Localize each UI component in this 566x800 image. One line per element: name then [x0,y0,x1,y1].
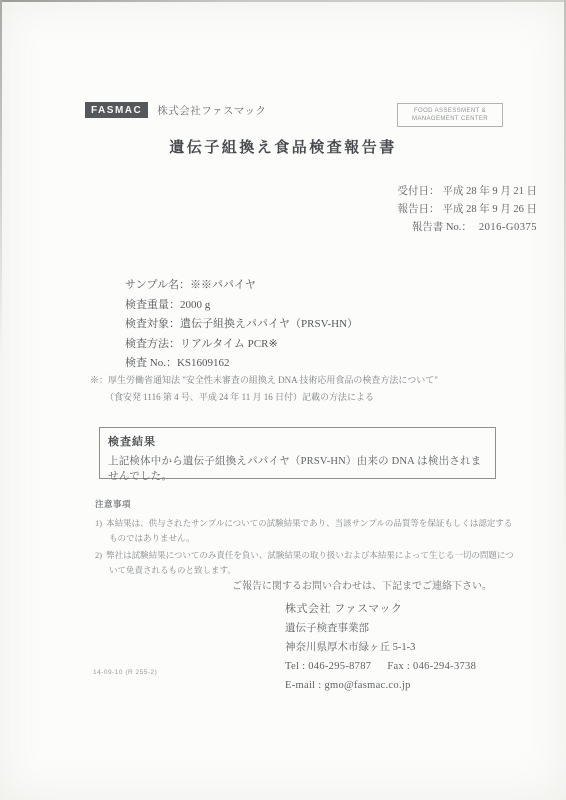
contact-fax: Fax : 046-294-3738 [387,661,476,672]
scan-edge-top [0,0,566,2]
sample-name-row: サンプル名：※※パパイヤ [125,276,358,296]
test-result-heading: 検査結果 [108,433,487,449]
page-title: 遺伝子組換え食品検査報告書 [0,136,566,157]
received-date-value: 平成 28 年 9 月 21 日 [443,186,538,197]
contact-telfax: Tel : 046-295-8787Fax : 046-294-3738 [285,657,476,676]
method-footnote-line-1: ※：厚生労働省通知法 "安全性未審査の組換え DNA 技術応用食品の検査方法につ… [90,372,438,389]
test-target-row: 検査対象：遺伝子組換えパパイヤ（PRSV-HN） [125,315,358,335]
contact-email: E-mail : gmo@fasmac.co.jp [285,676,476,695]
test-method-label: 検査方法： [125,338,180,350]
report-date-value: 平成 28 年 9 月 26 日 [443,204,538,215]
test-target-label: 検査対象： [125,318,180,330]
test-result-box: 検査結果 上記検体中から遺伝子組換えパパイヤ（PRSV-HN）由来の DNA は… [99,427,496,479]
scanned-report-page: FASMAC 株式会社ファスマック FOOD ASSESSMENT & MANA… [0,0,566,800]
stamp-line-2: MANAGEMENT CENTER [402,115,498,123]
report-meta: 受付日：平成 28 年 9 月 21 日 報告日：平成 28 年 9 月 26 … [398,183,538,237]
contact-company: 株式会社 ファスマック [285,600,476,619]
sample-name-value: ※※パパイヤ [190,279,256,291]
scan-edge-left [0,0,2,360]
sample-weight-value: 2000 g [180,299,210,311]
test-method-value: リアルタイム PCR※ [180,338,278,350]
test-number-row: 検査 No.：KS1609162 [125,354,358,374]
contact-tel: Tel : 046-295-8787 [285,661,371,672]
report-number: 報告書 No.：2016-G0375 [398,219,538,237]
note-2-number: 2) [95,550,102,560]
received-date: 受付日：平成 28 年 9 月 21 日 [398,183,538,201]
test-result-body: 上記検体中から遺伝子組換えパパイヤ（PRSV-HN）由来の DNA は検出されま… [108,453,487,483]
sample-info: サンプル名：※※パパイヤ 検査重量：2000 g 検査対象：遺伝子組換えパパイヤ… [125,276,358,374]
notes-heading: 注意事項 [95,497,515,513]
company-name: 株式会社ファスマック [157,103,266,118]
note-1-number: 1) [95,518,102,528]
received-date-label: 受付日： [398,186,440,197]
fasmac-logo: FASMAC [85,102,148,118]
test-number-label: 検査 No.： [125,357,177,369]
test-target-value: 遺伝子組換えパパイヤ（PRSV-HN） [180,318,358,330]
contact-intro: ご報告に関するお問い合わせは、下記までご連絡下さい。 [232,577,492,592]
sample-weight-row: 検査重量：2000 g [125,296,358,316]
note-1-text: 本結果は、供与されたサンプルについての試験結果であり、当該サンプルの品質等を保証… [106,518,512,544]
report-date: 報告日：平成 28 年 9 月 26 日 [398,201,538,219]
method-footnote-line-2: （食安発 1116 第 4 号、平成 24 年 11 月 16 日付）記載の方法… [90,389,438,406]
test-method-row: 検査方法：リアルタイム PCR※ [125,335,358,355]
report-number-label: 報告書 No.： [412,222,472,233]
food-assessment-stamp: FOOD ASSESSMENT & MANAGEMENT CENTER [397,103,503,127]
header: FASMAC 株式会社ファスマック [85,102,266,118]
method-footnote: ※：厚生労働省通知法 "安全性未審査の組換え DNA 技術応用食品の検査方法につ… [90,372,438,406]
notes-section: 注意事項 1)本結果は、供与されたサンプルについての試験結果であり、当該サンプル… [95,497,515,580]
note-item-1: 1)本結果は、供与されたサンプルについての試験結果であり、当該サンプルの品質等を… [95,516,515,547]
contact-division: 遺伝子検査事業部 [285,619,476,638]
stamp-line-1: FOOD ASSESSMENT & [402,107,498,115]
test-number-value: KS1609162 [177,357,230,369]
note-item-2: 2)弊社は試験結果についてのみ責任を負い、試験結果の取り扱いおよび本結果によって… [95,548,515,579]
report-number-value: 2016-G0375 [479,222,537,233]
report-date-label: 報告日： [398,204,440,215]
document-code: 14-09-10 (R 255-2) [93,669,157,676]
contact-address: 神奈川県厚木市緑ヶ丘 5-1-3 [285,638,476,657]
sample-weight-label: 検査重量： [125,299,180,311]
note-2-text: 弊社は試験結果についてのみ責任を負い、試験結果の取り扱いおよび本結果によって生じ… [106,550,514,576]
contact-info: 株式会社 ファスマック 遺伝子検査事業部 神奈川県厚木市緑ヶ丘 5-1-3 Te… [285,600,476,695]
sample-name-label: サンプル名： [125,279,190,291]
